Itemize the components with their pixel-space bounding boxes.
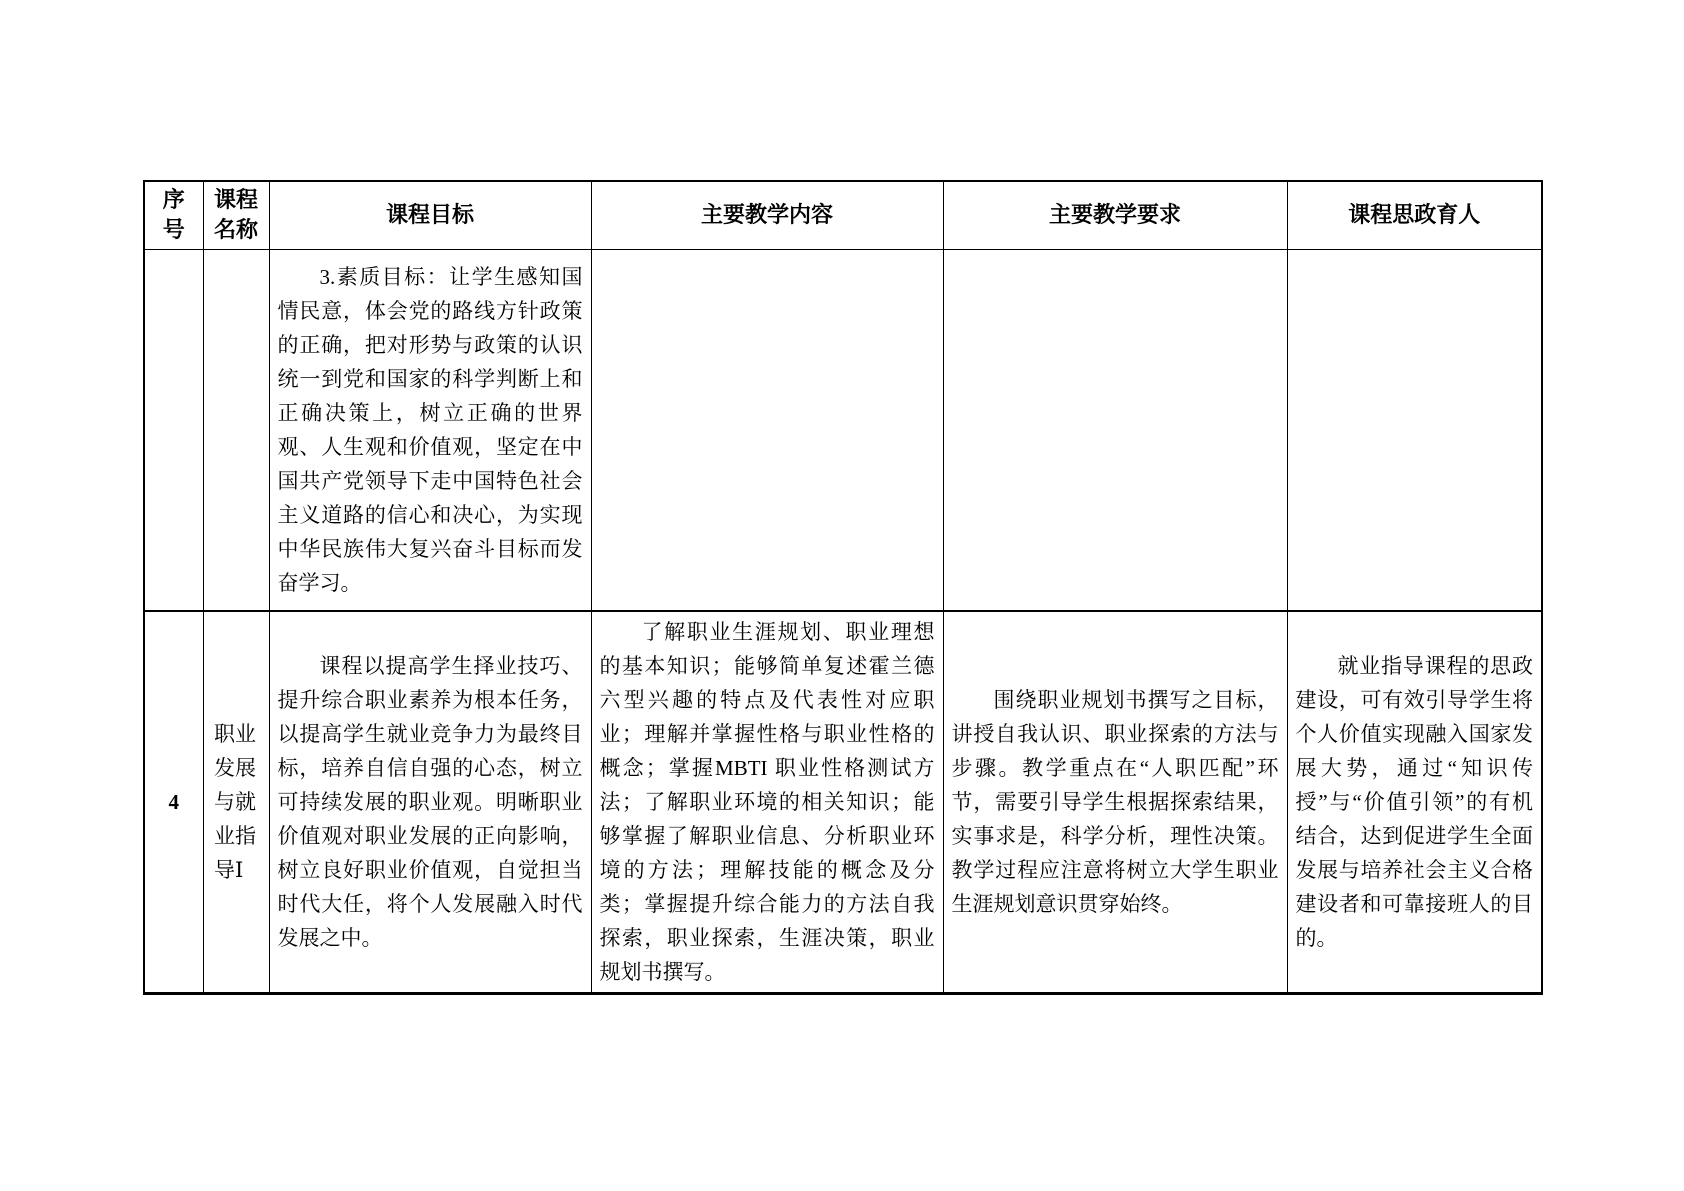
col-header-index-label: 序号 xyxy=(162,185,186,245)
col-header-course-name-label: 课程名称 xyxy=(214,185,258,245)
cell-ideology xyxy=(1287,249,1542,611)
requirements-paragraph: 围绕职业规划书撰写之目标，讲授自我认识、职业探索的方法与步骤。教学重点在“人职匹… xyxy=(952,683,1279,921)
table-row-course-4: 4 职业发展与就业指导Ⅰ 课程以提高学生择业技巧、提升综合职业素养为根本任务，以… xyxy=(144,611,1542,993)
col-header-course-name: 课程名称 xyxy=(203,181,269,249)
course-syllabus-table: 序号 课程名称 课程目标 主要教学内容 主要教学要求 课程思政育人 3.素质目标… xyxy=(143,180,1543,995)
cell-objectives: 课程以提高学生择业技巧、提升综合职业素养为根本任务，以提高学生就业竞争力为最终目… xyxy=(269,611,591,993)
content-paragraph: 了解职业生涯规划、职业理想的基本知识；能够简单复述霍兰德六型兴趣的特点及代表性对… xyxy=(600,615,935,989)
course-name-text: 职业发展与就业指导Ⅰ xyxy=(214,717,258,887)
cell-course-name xyxy=(203,249,269,611)
objectives-paragraph: 3.素质目标：让学生感知国情民意，体会党的路线方针政策的正确，把对形势与政策的认… xyxy=(278,260,583,600)
col-header-objectives: 课程目标 xyxy=(269,181,591,249)
document-page: 序号 课程名称 课程目标 主要教学内容 主要教学要求 课程思政育人 3.素质目标… xyxy=(0,0,1684,1191)
col-header-index: 序号 xyxy=(144,181,203,249)
cell-requirements: 围绕职业规划书撰写之目标，讲授自我认识、职业探索的方法与步骤。教学重点在“人职匹… xyxy=(943,611,1287,993)
col-header-content: 主要教学内容 xyxy=(591,181,943,249)
cell-ideology: 就业指导课程的思政建设，可有效引导学生将个人价值实现融入国家发展大势，通过“知识… xyxy=(1287,611,1542,993)
col-header-ideology: 课程思政育人 xyxy=(1287,181,1542,249)
ideology-paragraph: 就业指导课程的思政建设，可有效引导学生将个人价值实现融入国家发展大势，通过“知识… xyxy=(1296,649,1534,955)
cell-course-name: 职业发展与就业指导Ⅰ xyxy=(203,611,269,993)
cell-content: 了解职业生涯规划、职业理想的基本知识；能够简单复述霍兰德六型兴趣的特点及代表性对… xyxy=(591,611,943,993)
cell-requirements xyxy=(943,249,1287,611)
cell-index xyxy=(144,249,203,611)
table-header-row: 序号 课程名称 课程目标 主要教学内容 主要教学要求 课程思政育人 xyxy=(144,181,1542,249)
cell-content xyxy=(591,249,943,611)
table-row-continuation: 3.素质目标：让学生感知国情民意，体会党的路线方针政策的正确，把对形势与政策的认… xyxy=(144,249,1542,611)
cell-index: 4 xyxy=(144,611,203,993)
col-header-requirements: 主要教学要求 xyxy=(943,181,1287,249)
cell-objectives: 3.素质目标：让学生感知国情民意，体会党的路线方针政策的正确，把对形势与政策的认… xyxy=(269,249,591,611)
objectives-paragraph: 课程以提高学生择业技巧、提升综合职业素养为根本任务，以提高学生就业竞争力为最终目… xyxy=(278,649,583,955)
